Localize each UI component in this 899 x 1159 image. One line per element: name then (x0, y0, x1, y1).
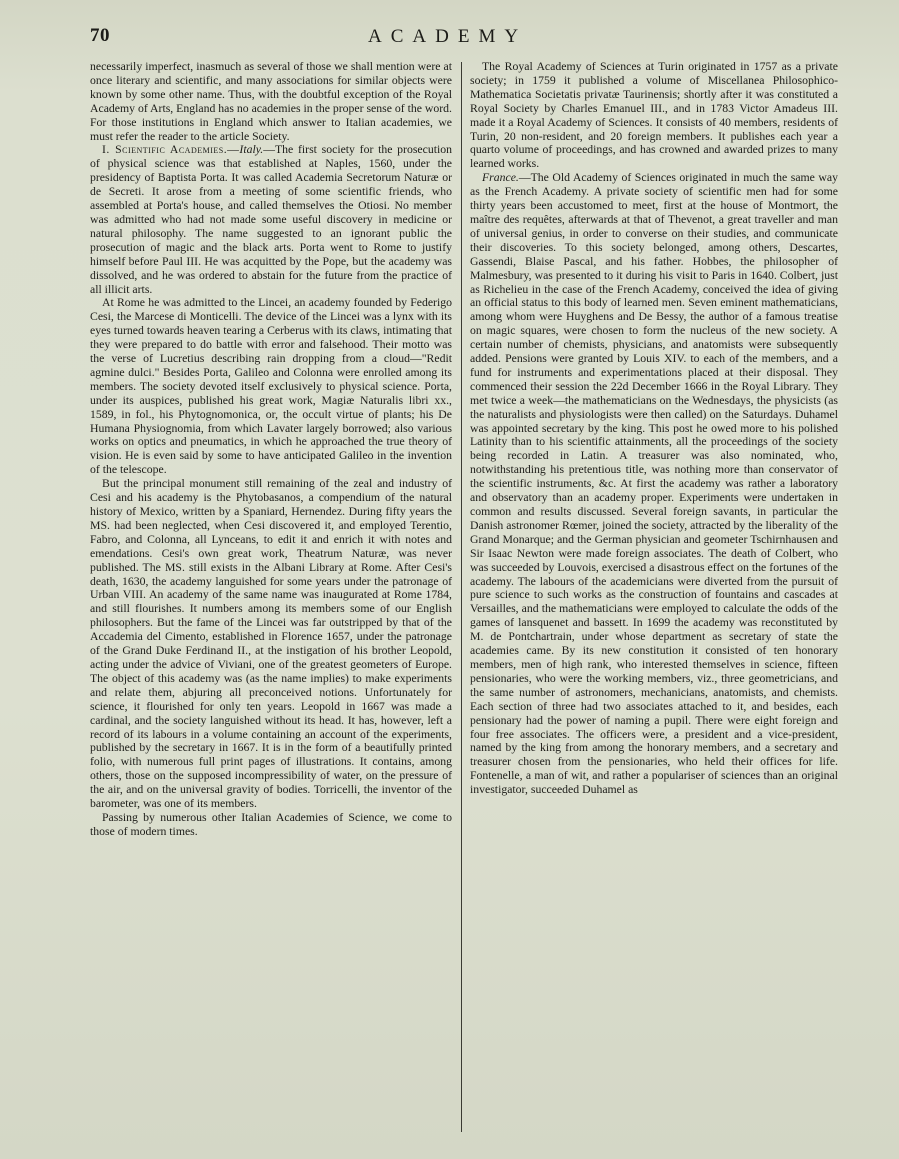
book-page: 70 ACADEMY necessarily imperfect, inasmu… (0, 0, 899, 1159)
left-column: necessarily imperfect, inasmuch as sever… (90, 60, 452, 839)
column-divider (461, 62, 462, 1132)
page-number: 70 (90, 25, 110, 47)
paragraph-turin: The Royal Academy of Sciences at Turin o… (470, 60, 838, 171)
paragraph-text: —The first society for the prosecution o… (90, 143, 452, 295)
paragraph: necessarily imperfect, inasmuch as sever… (90, 60, 452, 143)
right-column: The Royal Academy of Sciences at Turin o… (470, 60, 838, 797)
subsection-heading-france: France. (482, 171, 519, 184)
running-title: ACADEMY (368, 26, 527, 48)
paragraph-scientific-academies: I. Scientific Academies.—Italy.—The firs… (90, 143, 452, 296)
paragraph: But the principal monument still remaini… (90, 477, 452, 811)
section-heading: I. Scientific Academies.— (102, 143, 239, 156)
paragraph: At Rome he was admitted to the Lincei, a… (90, 296, 452, 477)
subsection-heading-italy: Italy. (239, 143, 263, 156)
paragraph-text: —The Old Academy of Sciences originated … (470, 171, 838, 796)
paragraph: Passing by numerous other Italian Academ… (90, 811, 452, 839)
paragraph-france: France.—The Old Academy of Sciences orig… (470, 171, 838, 797)
